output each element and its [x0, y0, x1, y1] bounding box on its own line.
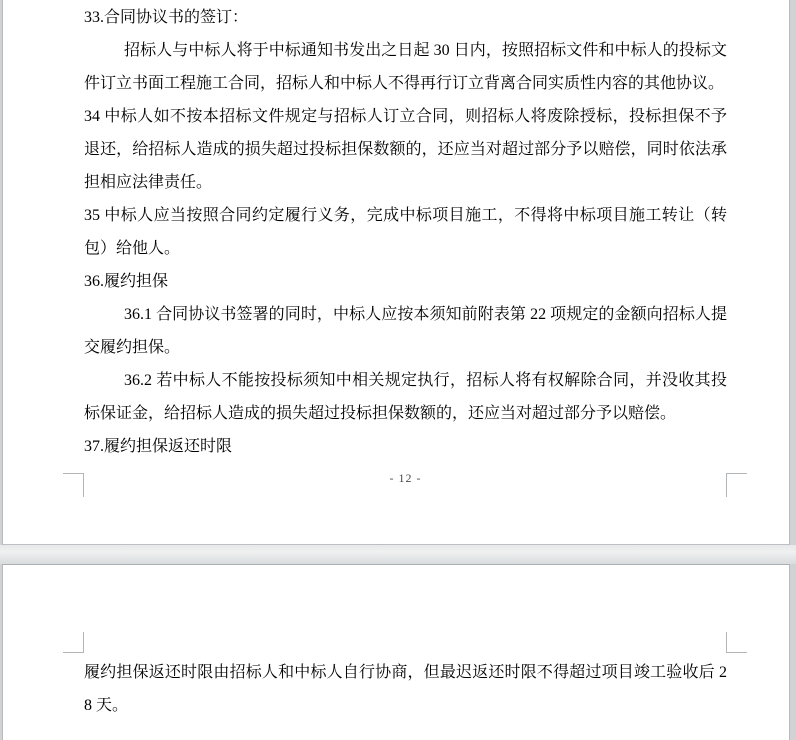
margin-corner-mark-top-right: [726, 632, 747, 653]
paragraph[interactable]: 招标人与中标人将于中标通知书发出之日起 30 日内，按照招标文件和中标人的投标文…: [84, 34, 727, 100]
page-number: - 12 -: [84, 471, 727, 486]
margin-corner-mark-bottom-left: [63, 473, 84, 497]
paragraph[interactable]: 37.履约担保返还时限: [84, 430, 727, 463]
paragraph[interactable]: 履约担保返还时限由招标人和中标人自行协商，但最迟返还时限不得超过项目竣工验收后 …: [84, 656, 727, 722]
paragraph[interactable]: 36.2 若中标人不能按投标须知中相关规定执行，招标人将有权解除合同，并没收其投…: [84, 364, 727, 430]
paragraph[interactable]: 35 中标人应当按照合同约定履行义务，完成中标项目施工，不得将中标项目施工转让（…: [84, 199, 727, 265]
document-page-1: 33.合同协议书的签订：招标人与中标人将于中标通知书发出之日起 30 日内，按照…: [2, 0, 790, 545]
paragraph[interactable]: 33.合同协议书的签订：: [84, 1, 727, 34]
page-1-text-block: 33.合同协议书的签订：招标人与中标人将于中标通知书发出之日起 30 日内，按照…: [84, 1, 727, 463]
margin-corner-mark-top-left: [63, 632, 84, 653]
page-break-gap: [0, 545, 796, 564]
paragraph[interactable]: 36.履约担保: [84, 265, 727, 298]
paragraph[interactable]: 34 中标人如不按本招标文件规定与招标人订立合同，则招标人将废除授标，投标担保不…: [84, 100, 727, 199]
paragraph[interactable]: 36.1 合同协议书签署的同时，中标人应按本须知前附表第 22 项规定的金额向招…: [84, 298, 727, 364]
document-canvas: 33.合同协议书的签订：招标人与中标人将于中标通知书发出之日起 30 日内，按照…: [0, 0, 796, 740]
document-page-2: 履约担保返还时限由招标人和中标人自行协商，但最迟返还时限不得超过项目竣工验收后 …: [2, 564, 790, 740]
page-2-text-block: 履约担保返还时限由招标人和中标人自行协商，但最迟返还时限不得超过项目竣工验收后 …: [84, 656, 727, 722]
margin-corner-mark-bottom-right: [726, 473, 747, 497]
